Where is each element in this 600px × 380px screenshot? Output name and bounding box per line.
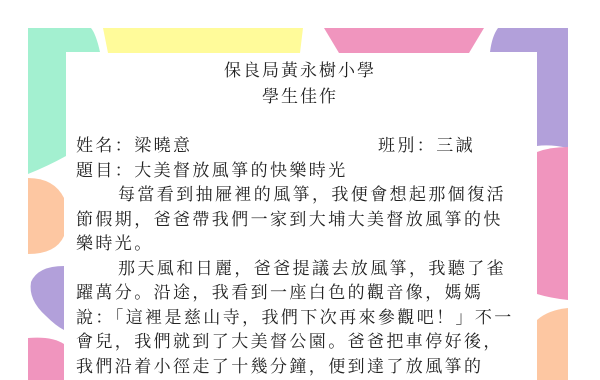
document-page: 保良局黃永樹小學 學生佳作 姓名：梁曉意 班別：三誠 題目：大美督放風箏的快樂時…	[0, 0, 600, 380]
class-field: 班別：三誠	[378, 134, 475, 159]
student-info-row: 姓名：梁曉意 班別：三誠	[76, 134, 536, 159]
class-value: 三誠	[436, 136, 475, 156]
right-peach-shape	[536, 308, 570, 380]
left-purple-shape	[28, 264, 66, 332]
paragraph-line: 樂時光。	[76, 232, 536, 257]
name-label: 姓名：	[76, 136, 134, 156]
left-pink-shape	[28, 336, 66, 380]
paragraph-line: 那天風和日麗，爸爸提議去放風箏，我聽了雀	[76, 257, 536, 282]
essay-content: 姓名：梁曉意 班別：三誠 題目：大美督放風箏的快樂時光 每當看到抽屜裡的風箏，我…	[76, 134, 536, 379]
paragraph-1: 每當看到抽屜裡的風箏，我便會想起那個復活 節假期，爸爸帶我們一家到大埔大美督放風…	[76, 183, 536, 257]
yellow-bar-shape	[103, 28, 303, 53]
class-label: 班別：	[378, 136, 436, 156]
paragraph-2: 那天風和日麗，爸爸提議去放風箏，我聽了雀 躍萬分。沿途，我看到一座白色的觀音像，…	[76, 257, 536, 380]
topic-label: 題目：	[76, 161, 134, 181]
paragraph-line: 會兒，我們就到了大美督公園。爸爸把車停好後，	[76, 330, 536, 355]
paragraph-line: 每當看到抽屜裡的風箏，我便會想起那個復活	[76, 183, 536, 208]
school-name: 保良局黃永樹小學	[0, 60, 600, 82]
topic-row: 題目：大美督放風箏的快樂時光	[76, 159, 536, 184]
document-subtitle: 學生佳作	[0, 86, 600, 108]
left-peach-shape	[28, 176, 66, 256]
paragraph-line: 說：「這裡是慈山寺，我們下次再來參觀吧！」不一	[76, 306, 536, 331]
pink-bar-shape	[324, 28, 484, 53]
paragraph-line: 我們沿着小徑走了十幾分鐘，便到達了放風箏的	[76, 355, 536, 380]
paragraph-line: 節假期，爸爸帶我們一家到大埔大美督放風箏的快	[76, 208, 536, 233]
student-name: 梁曉意	[134, 136, 192, 156]
paragraph-line: 躍萬分。沿途，我看到一座白色的觀音像，媽媽	[76, 281, 536, 306]
right-pink-shape	[536, 146, 570, 302]
topic-value: 大美督放風箏的快樂時光	[134, 161, 347, 181]
